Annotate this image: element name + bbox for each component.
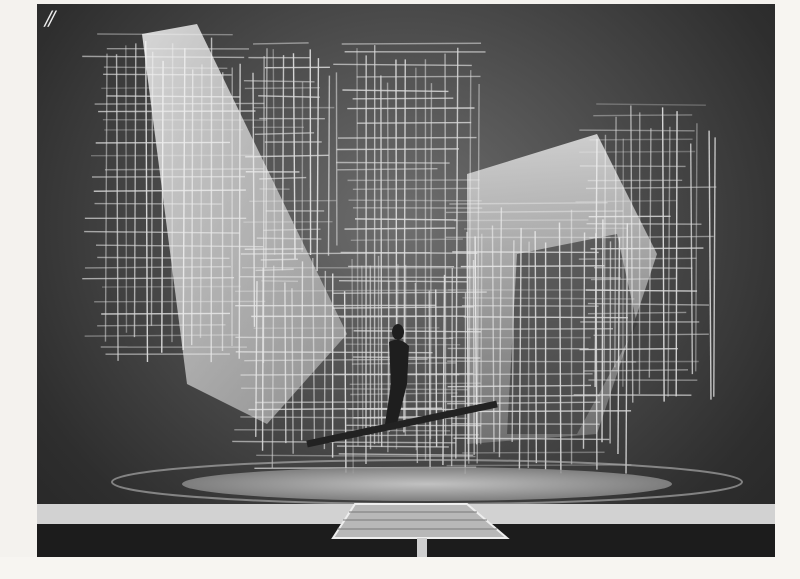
corner-mark: // bbox=[45, 6, 52, 30]
photo-border-right bbox=[775, 0, 800, 579]
stage-design-photo: // bbox=[37, 4, 775, 557]
stage-sketch-drawing bbox=[37, 4, 775, 557]
photo-border-bottom bbox=[0, 557, 800, 579]
